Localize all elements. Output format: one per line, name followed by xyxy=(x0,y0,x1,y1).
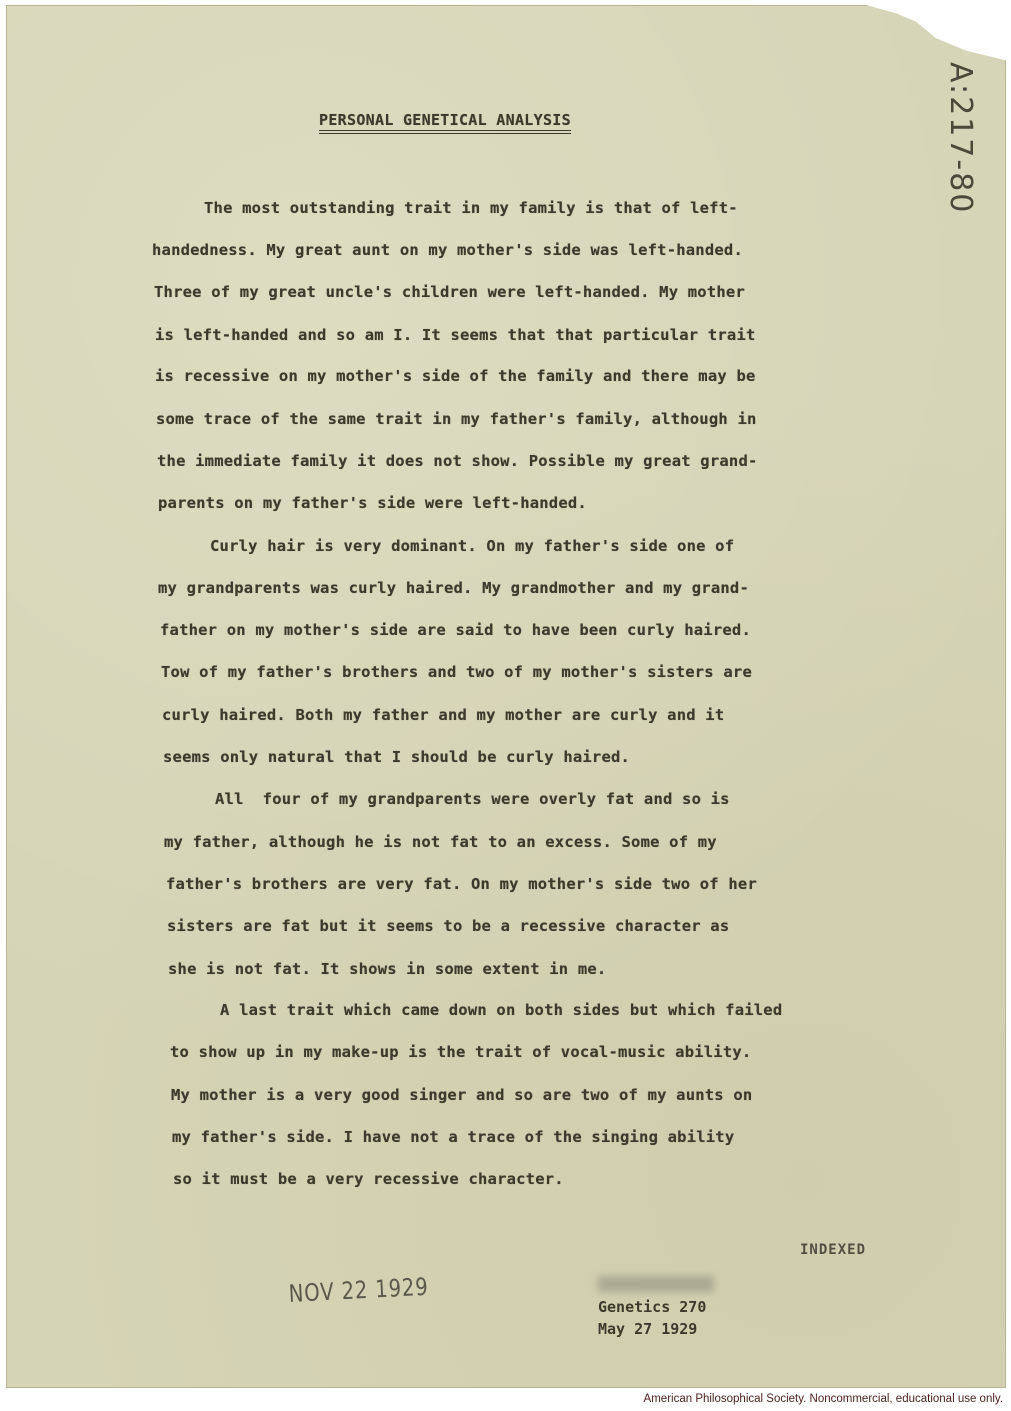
paragraph-1-line-6: some trace of the same trait in my fathe… xyxy=(156,410,757,428)
paragraph-1-line-7: the immediate family it does not show. P… xyxy=(157,452,758,470)
paragraph-3-line-1: All four of my grandparents were overly … xyxy=(215,790,730,808)
paragraph-4-line-5: so it must be a very recessive character… xyxy=(173,1170,564,1188)
paragraph-1-line-2: handedness. My great aunt on my mother's… xyxy=(152,241,743,259)
paragraph-2-line-4: Tow of my father's brothers and two of m… xyxy=(161,663,752,681)
copyright-caption: American Philosophical Society. Noncomme… xyxy=(644,1393,1003,1405)
paragraph-2-line-3: father on my mother's side are said to h… xyxy=(160,621,751,639)
paragraph-3-line-5: she is not fat. It shows in some extent … xyxy=(168,960,606,978)
paragraph-1-line-4: is left-handed and so am I. It seems tha… xyxy=(155,326,756,344)
signature-date: May 27 1929 xyxy=(598,1320,697,1338)
course-label: Genetics 270 xyxy=(598,1298,706,1316)
paragraph-4-line-4: my father's side. I have not a trace of … xyxy=(172,1128,734,1146)
paragraph-1-line-1: The most outstanding trait in my family … xyxy=(204,199,738,217)
paragraph-2-line-5: curly haired. Both my father and my moth… xyxy=(162,706,724,724)
paragraph-2-line-2: my grandparents was curly haired. My gra… xyxy=(158,579,749,597)
paragraph-2-line-1: Curly hair is very dominant. On my fathe… xyxy=(210,537,734,555)
paragraph-4-line-1: A last trait which came down on both sid… xyxy=(220,1001,782,1019)
paragraph-1-line-3: Three of my great uncle's children were … xyxy=(154,283,745,301)
paragraph-1-line-5: is recessive on my mother's side of the … xyxy=(155,367,756,385)
paragraph-4-line-3: My mother is a very good singer and so a… xyxy=(171,1086,752,1104)
indexed-stamp: INDEXED xyxy=(800,1242,866,1258)
paragraph-4-line-2: to show up in my make-up is the trait of… xyxy=(170,1043,751,1061)
paragraph-3-line-4: sisters are fat but it seems to be a rec… xyxy=(167,917,729,935)
redacted-author-name xyxy=(598,1276,714,1292)
paragraph-1-line-8: parents on my father's side were left-ha… xyxy=(158,494,587,512)
paragraph-3-line-2: my father, although he is not fat to an … xyxy=(164,833,717,851)
paragraph-2-line-6: seems only natural that I should be curl… xyxy=(163,748,630,766)
call-number-handwritten: A:217-80 xyxy=(943,62,978,214)
paragraph-3-line-3: father's brothers are very fat. On my mo… xyxy=(166,875,757,893)
document-title: PERSONAL GENETICAL ANALYSIS xyxy=(319,111,571,129)
